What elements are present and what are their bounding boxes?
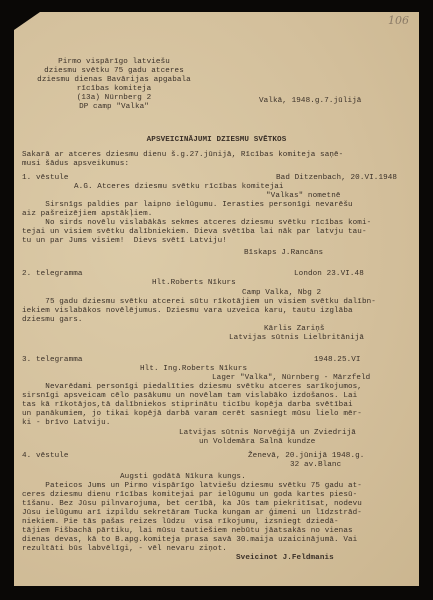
item-label: 4. vēstule	[22, 452, 69, 461]
sender-line: rīcības komiteja	[24, 85, 204, 94]
item-place-date: Ženevā, 20.jūnijā 1948.g.	[248, 452, 364, 461]
sender-line: dziesmu dienas Bavārijas apgabala	[24, 76, 204, 85]
item-place-date: 1948.25.VI	[314, 356, 361, 365]
item-label: 2. telegramma	[22, 270, 83, 279]
item-addressee: Hlt. Ing.Roberts Nīkurs	[140, 365, 247, 374]
intro-line: Sakarā ar atceres dziesmu dienu š.g.27.j…	[22, 151, 343, 160]
sender-line: DP camp "Valka"	[24, 103, 204, 112]
item-body-line: ki - brīvo Latviju.	[22, 419, 110, 428]
item-signature: Latvijas sūtnis Norvēģijā un Zviedrijā	[179, 429, 356, 438]
item-addressee: Camp Valka, Nbg 2	[242, 289, 321, 298]
item-body-line: niekiem. Pie tās pašas reizes lūdzu visa…	[22, 518, 339, 527]
item-signature: Latvijas sūtnis Lielbritānijā	[229, 334, 364, 343]
item-body-line: tājiem Fišbachā pārtiku, lai mūsu tautie…	[22, 527, 353, 536]
item-place-date-line2: 32 av.Blanc	[290, 461, 341, 470]
item-body-line: tas kā rīkotājos,tā dalībniekos stiprinā…	[22, 401, 353, 410]
sender-line: dziesmu svētku 75 gadu atceres	[24, 67, 204, 76]
item-body-line: Jūsu ielūgumu arī izpildu sekretāram Tuc…	[22, 509, 362, 518]
torn-corner	[14, 12, 40, 30]
item-body-line: rezultāti būs labvēlīgi, - vēl nevaru zi…	[22, 545, 227, 554]
item-signature: un Voldemāra Salnā kundze	[199, 438, 315, 447]
item-signature: Sveicinot J.Feldmanis	[236, 554, 334, 563]
sender-line: Pirmo vispārīgo latviešu	[24, 58, 204, 67]
item-body-line: aiz pašreizējiem apstākļiem.	[22, 210, 152, 219]
document-page: 106 Pirmo vispārīgo latviešu dziesmu svē…	[14, 12, 419, 586]
item-body-line: 75 gadu dziesmu svētku atcerei sūtu rīko…	[22, 298, 376, 307]
page-number: 106	[388, 14, 409, 27]
item-body-line: tu un par Jums visiem! Dievs svētī Latvi…	[22, 237, 227, 246]
item-body-line: Sirsnīgs paldies par laipno ielūgumu. Ie…	[22, 201, 353, 210]
item-label: 3. telegramma	[22, 356, 83, 365]
item-body-line: sirsnīgi apsveicam cēlo pasākumu un novē…	[22, 392, 357, 401]
item-body-line: iekiem vislabākos novēlējumus. Dziesmu v…	[22, 307, 353, 316]
item-body-line: dziesmu gars.	[22, 316, 83, 325]
item-place-date: Bad Ditzenbach, 20.VI.1948	[276, 174, 397, 183]
item-signature: Bīskaps J.Rancāns	[244, 249, 323, 258]
item-body-line: Nevarēdami personīgi piedalīties dziesmu…	[22, 383, 362, 392]
sender-line: (13a) Nürnberg 2	[24, 94, 204, 103]
item-body-line: Pateicos Jums un Pirmo vispārīgo latvieš…	[22, 482, 362, 491]
item-body-line: dienas devas, kā to B.apg.komiteja prasa…	[22, 536, 357, 545]
item-addressee: "Valkas" nometnē	[266, 192, 341, 201]
item-label: 1. vēstule	[22, 174, 69, 183]
item-body-line: un panākumiem, jo tikai kopējā darbā var…	[22, 410, 362, 419]
item-addressee: Lager "Valka", Nürnberg - Märzfeld	[212, 374, 370, 383]
document-title: APSVEICINĀJUMI DZIESMU SVĒTKOS	[14, 136, 419, 145]
item-body-line: No sirds novēlu vislabākās sekmes atcere…	[22, 219, 371, 228]
item-place-date: London 23.VI.48	[294, 270, 364, 279]
item-addressee: Hlt.Roberts Nīkurs	[152, 279, 236, 288]
item-body-line: ceres dziesmu dienu rīcības komitejai pa…	[22, 491, 357, 500]
intro-line: musi šādus apsveikumus:	[22, 160, 129, 169]
item-addressee: A.G. Atceres dziesmu svētku rīcības komi…	[74, 183, 284, 192]
item-addressee: Augsti godātā Nīkura kungs.	[120, 473, 246, 482]
item-body-line: tejai un visiem svētku dalībniekiem. Die…	[22, 228, 367, 237]
item-body-line: tīšanu. Bez Jūsu pilnvarojuma, bet cerīb…	[22, 500, 362, 509]
place-date: Valkā, 1948.g.7.jūlijā	[259, 97, 361, 106]
item-signature: Kārlis Zariņš	[264, 325, 325, 334]
